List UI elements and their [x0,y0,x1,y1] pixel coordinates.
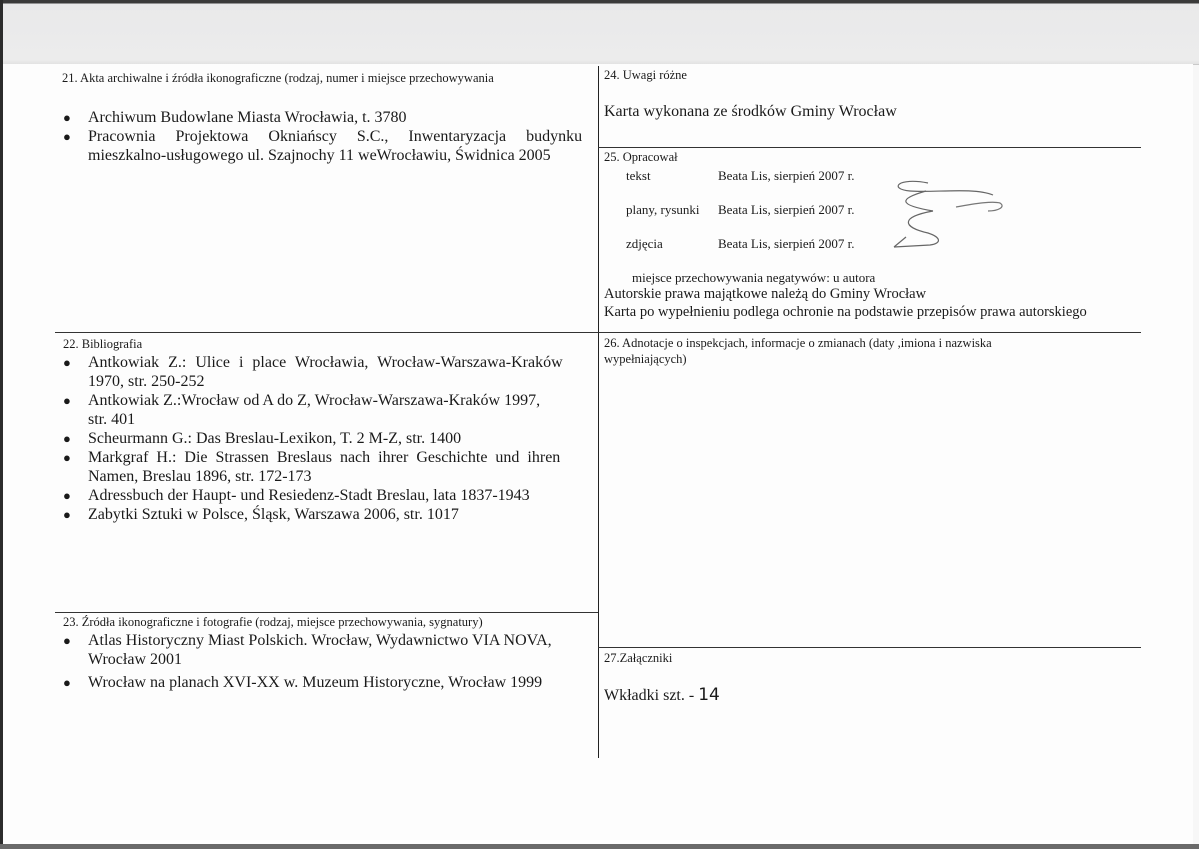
bullet-icon: ● [63,353,71,372]
list-item: ● Adressbuch der Haupt- und Resiedenz-St… [57,486,597,505]
section-22-list: ● Antkowiak Z.: Ulice i place Wrocławia,… [57,353,597,524]
list-item: ● Archiwum Budowlane Miasta Wrocławia, t… [57,108,597,127]
item-text: Pracownia Projektowa Okniańscy S.C., Inw… [88,127,582,146]
attachments-text: Wkładki szt. - 14 [604,686,720,705]
scan-bottom-edge [0,844,1199,849]
section-21-list: ● Archiwum Budowlane Miasta Wrocławia, t… [57,108,597,165]
list-item: ● Antkowiak Z.: Ulice i place Wrocławia,… [57,353,597,391]
bullet-icon: ● [63,631,71,650]
signature-icon [888,175,1018,250]
list-item: ● Wrocław na planach XVI-XX w. Muzeum Hi… [57,673,597,692]
copyright-protection: Karta po wypełnieniu podlega ochronie na… [604,304,1087,321]
negatives-storage: miejsce przechowywania negatywów: u auto… [632,270,875,286]
section-25-header: 25. Opracował [604,150,678,165]
section-26-header: 26. Adnotacje o inspekcjach, informacje … [604,336,992,351]
bullet-icon: ● [63,505,71,524]
divider-22-23 [55,612,598,613]
section-21-header: 21. Akta archiwalne i źródła ikonografic… [62,71,494,86]
divider-24-25 [598,147,1141,148]
section-24-text: Karta wykonana ze środków Gminy Wrocław [604,102,897,121]
bullet-icon: ● [63,391,71,410]
bullet-icon: ● [63,127,71,146]
bullet-icon: ● [63,429,71,448]
bullet-icon: ● [63,108,71,127]
credit-value-text: Beata Lis, sierpień 2007 r. [718,168,854,184]
credit-label-text: tekst [626,168,651,184]
section-26-header-cont: wypełniających) [604,352,687,367]
column-divider [598,66,599,758]
bullet-icon: ● [63,448,71,467]
item-text-cont: mieszkalno-usługowego ul. Szajnochy 11 w… [88,146,597,165]
list-item: ● Atlas Historyczny Miast Polskich. Wroc… [57,631,597,669]
attachments-count: 14 [698,685,720,705]
divider-row-22-26 [55,332,1141,333]
credit-label-plans: plany, rysunki [626,202,700,218]
section-24-header: 24. Uwagi różne [604,68,687,83]
section-23-list: ● Atlas Historyczny Miast Polskich. Wroc… [57,631,597,692]
list-item: ● Antkowiak Z.:Wrocław od A do Z, Wrocła… [57,391,597,429]
credit-value-plans: Beata Lis, sierpień 2007 r. [718,202,854,218]
list-item: ● Scheurmann G.: Das Breslau-Lexikon, T.… [57,429,597,448]
copyright-owner: Autorskie prawa majątkowe należą do Gmin… [604,286,926,303]
section-27-header: 27.Załączniki [604,651,672,666]
list-item: ● Markgraf H.: Die Strassen Breslaus nac… [57,448,597,486]
credit-label-photos: zdjęcia [626,236,663,252]
divider-26-27 [598,647,1141,648]
credit-value-photos: Beata Lis, sierpień 2007 r. [718,236,854,252]
bullet-icon: ● [63,673,71,692]
list-item: ● Pracownia Projektowa Okniańscy S.C., I… [57,127,597,165]
scan-top-margin [0,0,1199,65]
list-item: ● Zabytki Sztuki w Polsce, Śląsk, Warsza… [57,505,597,524]
section-22-header: 22. Bibliografia [63,337,142,352]
bullet-icon: ● [63,486,71,505]
section-23-header: 23. Źródła ikonograficzne i fotografie (… [63,615,483,630]
